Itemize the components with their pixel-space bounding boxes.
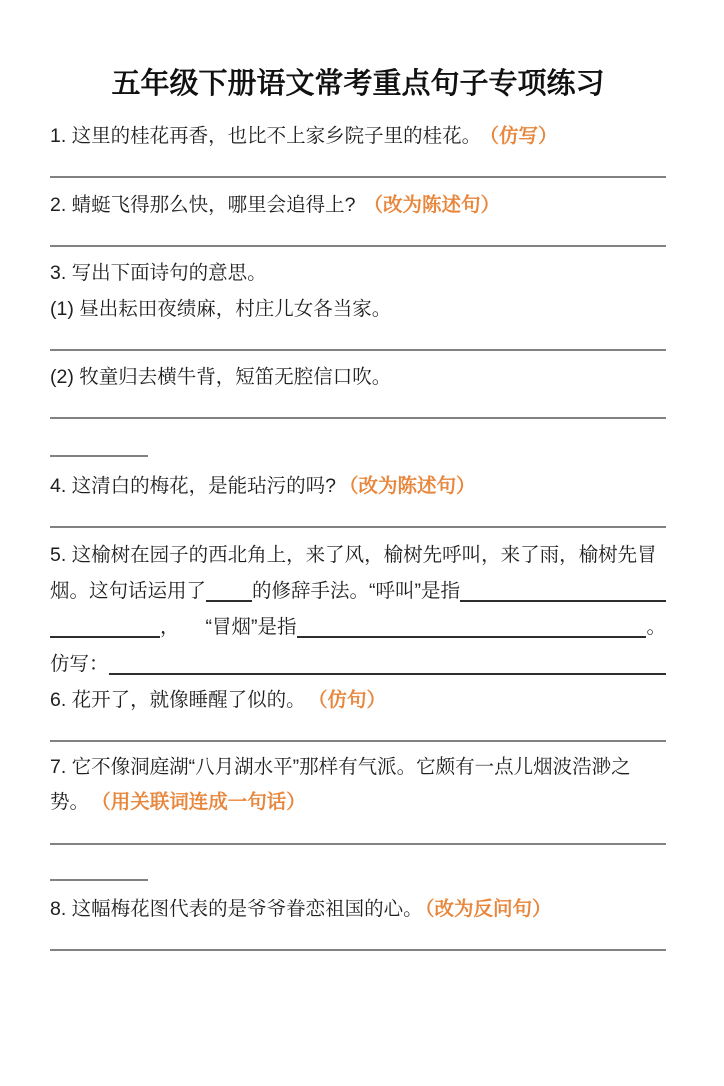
question-7-tag: （用关联词连成一句话） bbox=[101, 791, 306, 813]
answer-line-4 bbox=[50, 417, 666, 419]
question-2-tag: （改为陈述句） bbox=[364, 194, 501, 216]
answer-line-1 bbox=[50, 176, 666, 178]
question-8-text: 8. 这幅梅花图代表的是爷爷眷恋祖国的心。 bbox=[50, 898, 423, 920]
blank-field-fangxie bbox=[109, 652, 666, 675]
question-5-line-3-comma: ， bbox=[160, 614, 180, 641]
page-title: 五年级下册语文常考重点句子专项练习 bbox=[50, 62, 666, 106]
question-7-line-1: 7. 它不像洞庭湖“八月湖水平”那样有气派。它颇有一点儿烟波浩渺之 bbox=[50, 754, 666, 781]
question-5-line-1: 5. 这榆树在园子的西北角上，来了风，榆树先呼叫，来了雨，榆树先冒 bbox=[50, 542, 666, 569]
question-6-tag: （仿句） bbox=[318, 689, 386, 711]
question-5-fangxie-label: 仿写： bbox=[50, 651, 109, 678]
question-1: 1. 这里的桂花再香，也比不上家乡院子里的桂花。（仿写） bbox=[50, 123, 666, 150]
question-5-line-2: 烟。这句话运用了的修辞手法。“呼叫”是指 bbox=[50, 578, 666, 605]
short-answer-line-1 bbox=[50, 455, 148, 457]
question-6-text: 6. 花开了，就像睡醒了似的。 bbox=[50, 689, 306, 711]
blank-field-rhetoric bbox=[206, 579, 252, 602]
blank-field-hujiao-cont bbox=[50, 615, 160, 638]
question-1-tag: （仿写） bbox=[489, 125, 557, 147]
question-5-line-1-text: 5. 这榆树在园子的西北角上，来了风，榆树先呼叫，来了雨，榆树先冒 bbox=[50, 544, 657, 566]
short-answer-line-2 bbox=[50, 879, 148, 881]
question-8: 8. 这幅梅花图代表的是爷爷眷恋祖国的心。（改为反问句） bbox=[50, 896, 666, 923]
question-2: 2. 蜻蜓飞得那么快，哪里会追得上?（改为陈述句） bbox=[50, 192, 666, 219]
answer-line-5 bbox=[50, 526, 666, 528]
answer-line-3 bbox=[50, 349, 666, 351]
blank-field-maoyan bbox=[297, 615, 647, 638]
question-5-line-3-text: “冒烟”是指 bbox=[206, 614, 297, 641]
question-3-sub-1-text: (1) 昼出耘田夜绩麻，村庄儿女各当家。 bbox=[50, 298, 391, 320]
question-5-line-2-text-a: 烟。这句话运用了 bbox=[50, 578, 206, 605]
question-4: 4. 这清白的梅花，是能玷污的吗?（改为陈述句） bbox=[50, 473, 666, 500]
question-8-tag: （改为反问句） bbox=[425, 898, 552, 920]
question-1-text: 1. 这里的桂花再香，也比不上家乡院子里的桂花。 bbox=[50, 125, 481, 147]
worksheet-page: 五年级下册语文常考重点句子专项练习 1. 这里的桂花再香，也比不上家乡院子里的桂… bbox=[0, 62, 724, 1086]
blank-field-hujiao bbox=[460, 579, 666, 602]
question-4-tag: （改为陈述句） bbox=[339, 475, 476, 497]
question-3-sub-2: (2) 牧童归去横牛背，短笛无腔信口吹。 bbox=[50, 364, 666, 391]
question-5-line-3: ，“冒烟”是指。 bbox=[50, 614, 666, 641]
answer-line-8 bbox=[50, 949, 666, 951]
question-7-line-1-text: 7. 它不像洞庭湖“八月湖水平”那样有气派。它颇有一点儿烟波浩渺之 bbox=[50, 756, 631, 778]
question-5-line-4: 仿写： bbox=[50, 651, 666, 678]
answer-line-7 bbox=[50, 843, 666, 845]
question-3-sub-2-text: (2) 牧童归去横牛背，短笛无腔信口吹。 bbox=[50, 366, 391, 388]
question-5-line-3-period: 。 bbox=[646, 614, 666, 641]
question-7-line-2: 势。（用关联词连成一句话） bbox=[50, 789, 666, 816]
question-6: 6. 花开了，就像睡醒了似的。（仿句） bbox=[50, 687, 666, 714]
question-3: 3. 写出下面诗句的意思。 bbox=[50, 260, 666, 287]
question-4-text: 4. 这清白的梅花，是能玷污的吗? bbox=[50, 475, 336, 497]
question-2-text: 2. 蜻蜓飞得那么快，哪里会追得上? bbox=[50, 194, 356, 216]
question-5-line-2-text-b: 的修辞手法。“呼叫”是指 bbox=[252, 578, 460, 605]
question-3-text: 3. 写出下面诗句的意思。 bbox=[50, 262, 267, 284]
question-7-line-2-text: 势。 bbox=[50, 791, 89, 813]
question-3-sub-1: (1) 昼出耘田夜绩麻，村庄儿女各当家。 bbox=[50, 296, 666, 323]
answer-line-2 bbox=[50, 245, 666, 247]
answer-line-6 bbox=[50, 740, 666, 742]
